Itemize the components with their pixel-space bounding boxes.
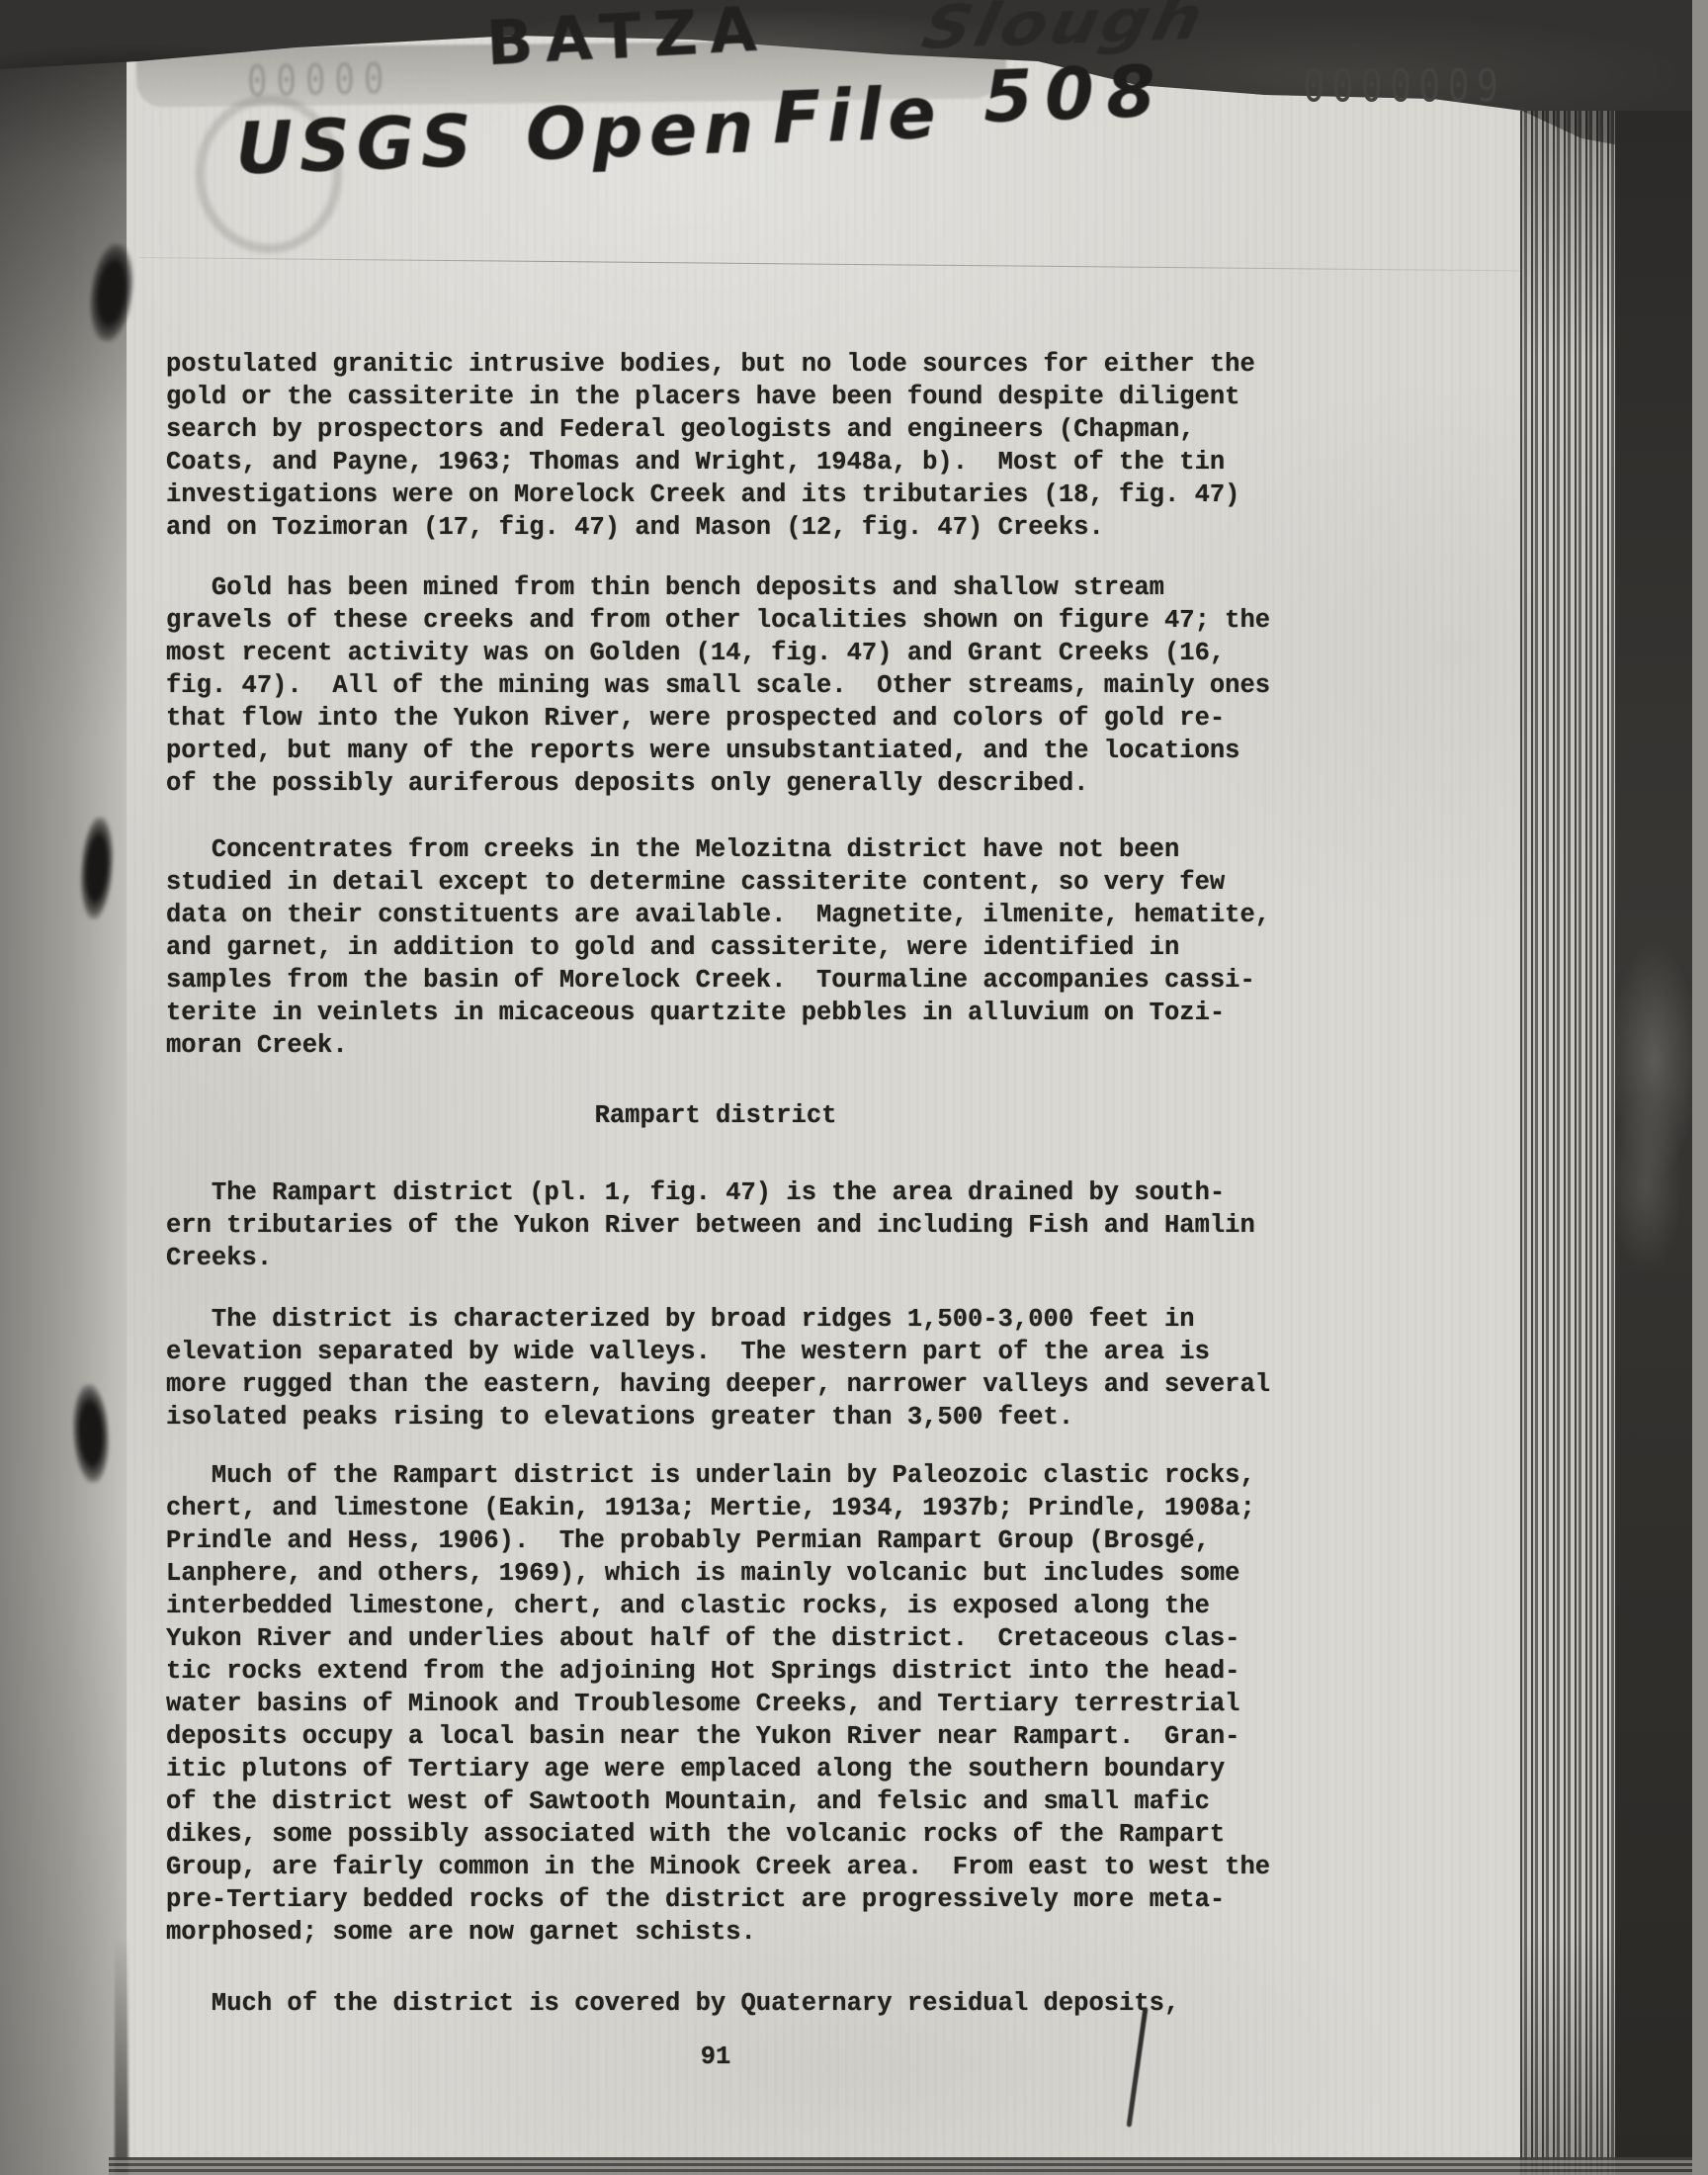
handwritten-open: Open — [524, 85, 761, 176]
section-heading: Rampart district — [166, 1099, 1265, 1132]
ghost-number-stamp: 00000 — [247, 54, 393, 107]
scan-right-outer-strip — [1692, 0, 1708, 2175]
scan-right-dark-band — [1615, 111, 1692, 2175]
handwritten-file: File — [771, 71, 943, 160]
paragraph: Much of the district is covered by Quate… — [166, 1987, 1179, 2020]
paragraph: Gold has been mined from thin bench depo… — [166, 571, 1270, 800]
paper-crease-line — [138, 257, 1522, 271]
scanned-document-page: 00000 0000009 BATZA Slough USGS Open Fil… — [0, 0, 1708, 2175]
number-stamp: 0000009 — [1303, 60, 1505, 112]
page-number: 91 — [166, 2041, 1265, 2073]
paragraph: The district is characterized by broad r… — [166, 1303, 1270, 1434]
paragraph: postulated granitic intrusive bodies, bu… — [166, 348, 1255, 544]
page-stack-edge-stripes — [1520, 111, 1615, 2175]
handwritten-508: 508 — [982, 49, 1168, 138]
paragraph: The Rampart district (pl. 1, fig. 47) is… — [166, 1176, 1255, 1274]
scan-left-bottom-streak — [115, 1938, 128, 2175]
handwritten-usgs: USGS — [234, 99, 479, 191]
ink-blob — [70, 1383, 111, 1484]
scan-bottom-edge — [109, 2157, 1692, 2175]
paragraph: Much of the Rampart district is underlai… — [166, 1459, 1270, 1949]
paragraph: Concentrates from creeks in the Melozitn… — [166, 833, 1270, 1062]
